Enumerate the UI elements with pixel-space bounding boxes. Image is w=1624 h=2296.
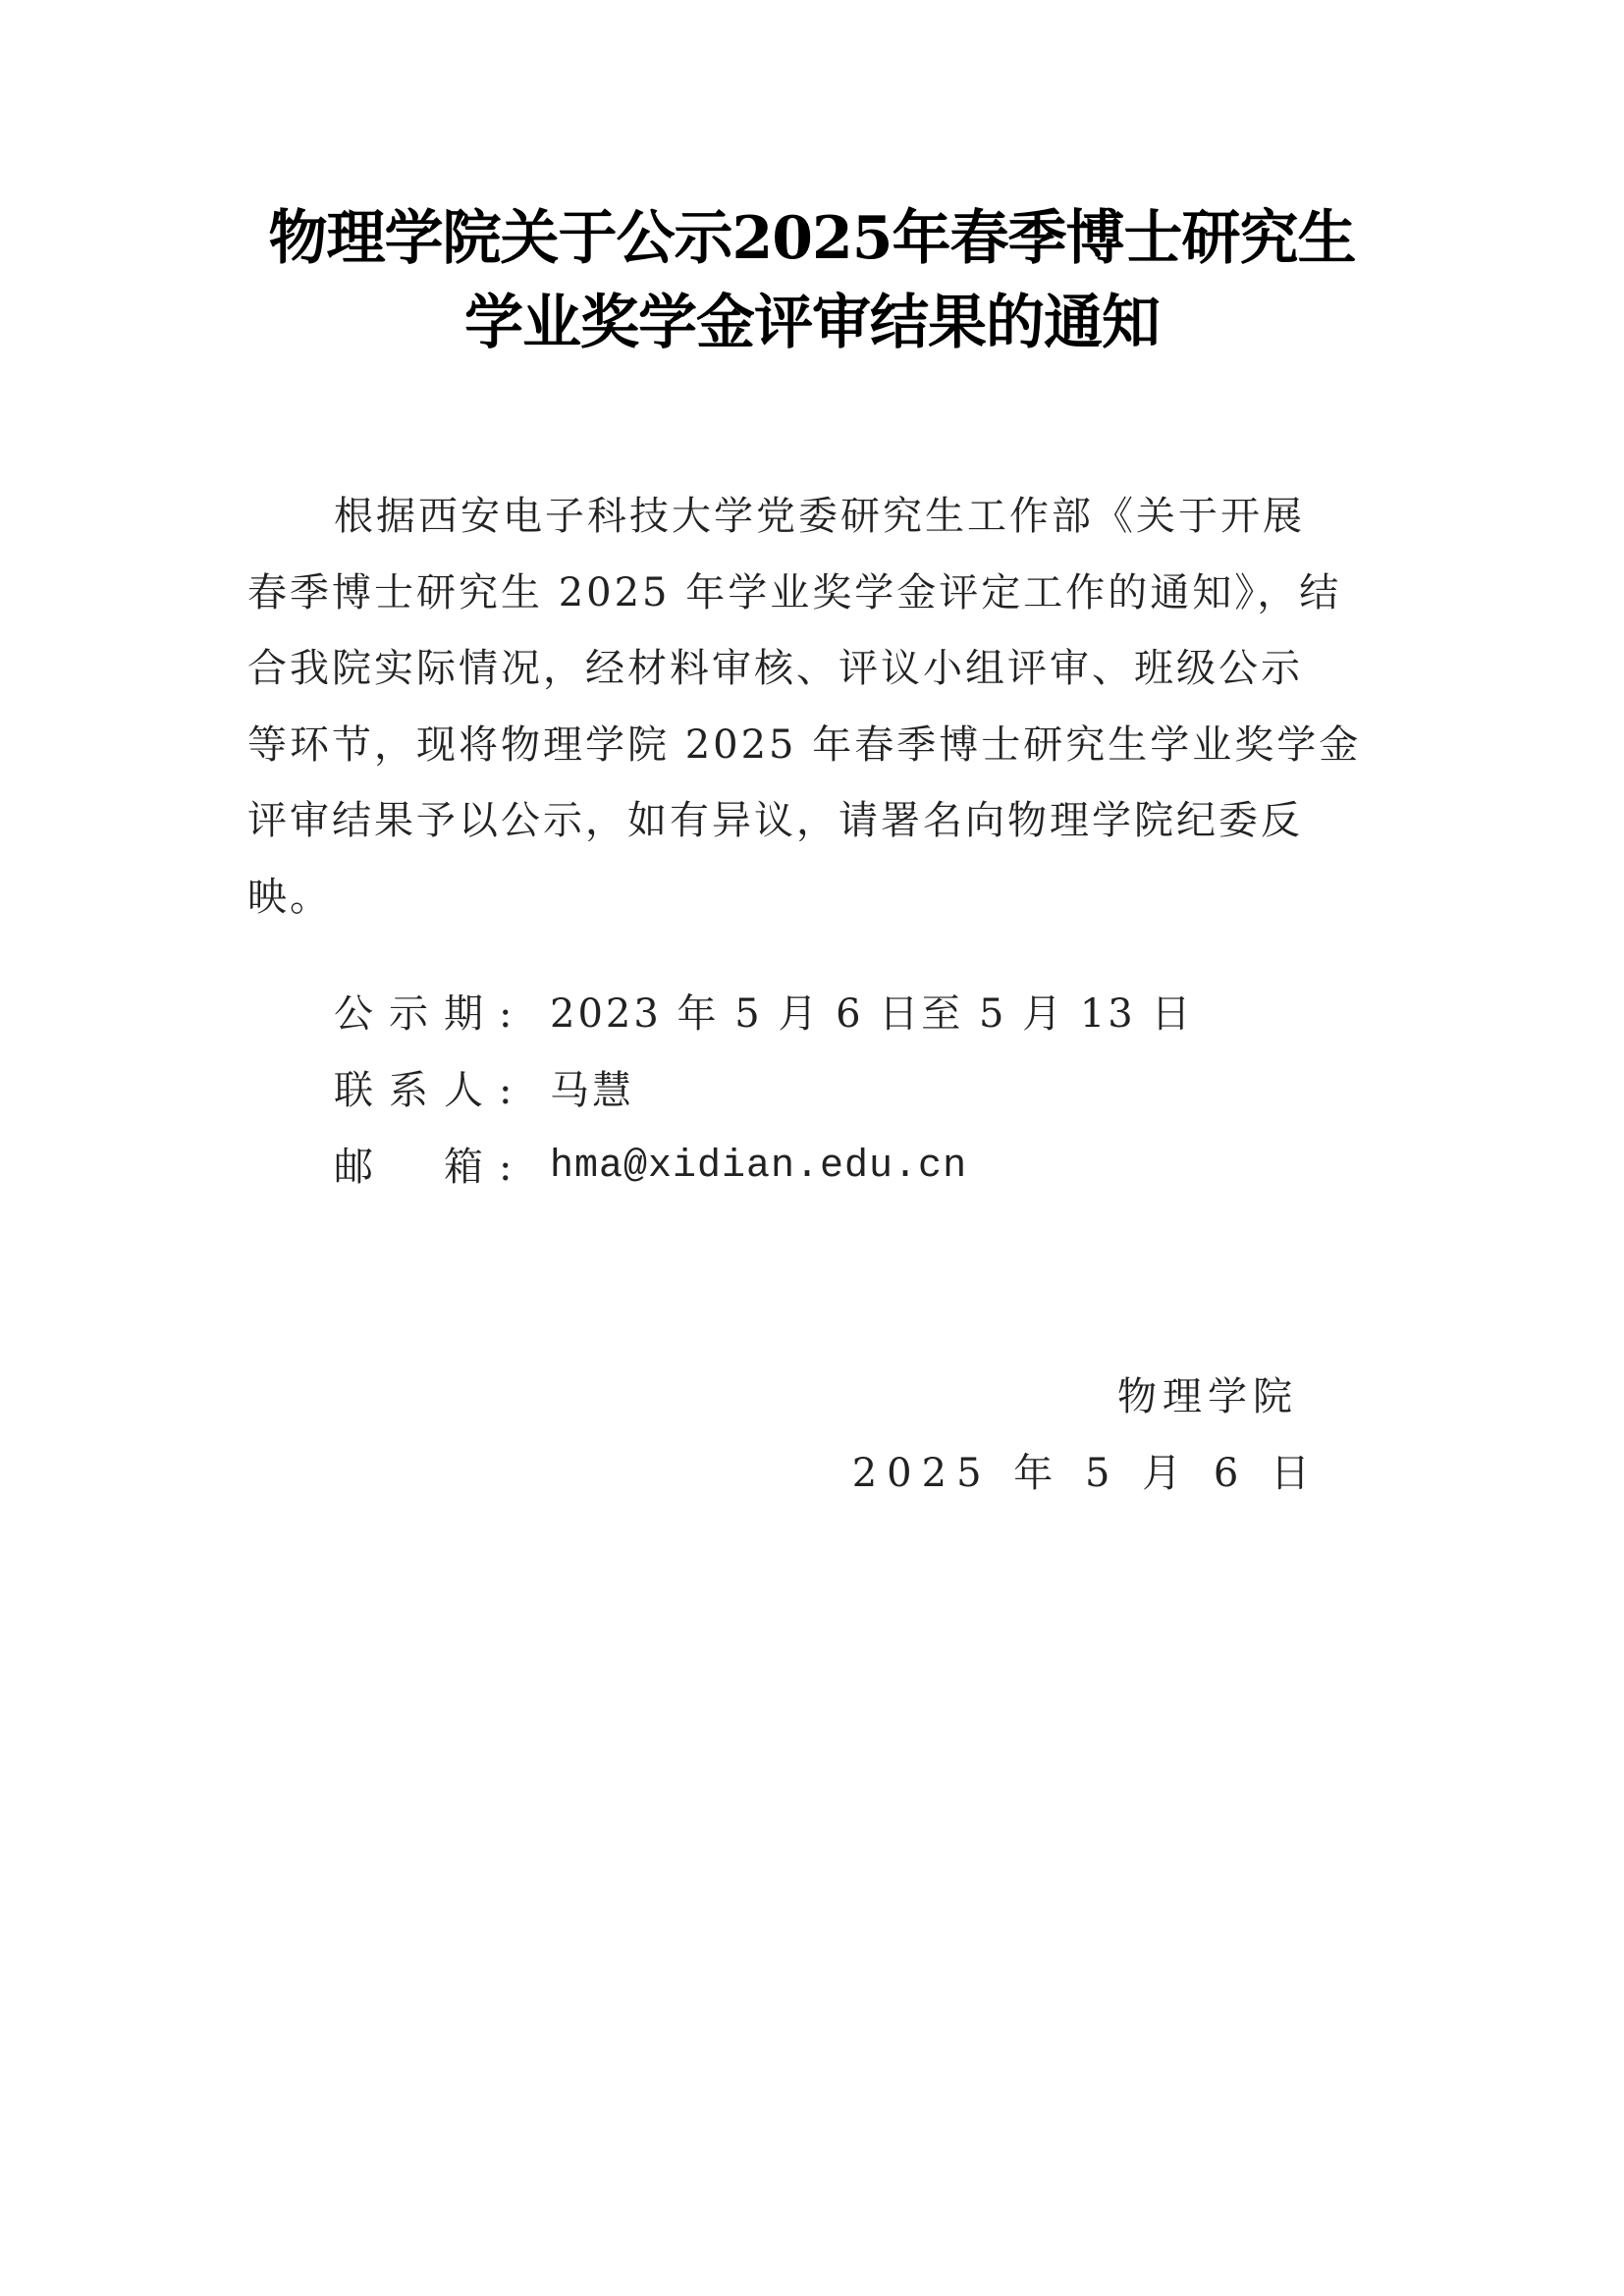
body-line: 根据西安电子科技大学党委研究生工作部《关于开展 — [247, 479, 1377, 556]
body-line: 合我院实际情况，经材料审核、评议小组评审、班级公示 — [247, 631, 1377, 708]
email-value: hma@xidian.edu.cn — [550, 1129, 967, 1205]
email-row: 邮 箱: hma@xidian.edu.cn — [334, 1129, 1193, 1205]
title-line-2: 学业奖学金评审结果的通知 — [0, 281, 1624, 365]
notice-info: 公示期: 2023 年 5 月 6 日至 5 月 13 日 联系人: 马慧 邮 … — [334, 976, 1193, 1205]
contact-label: 联系人: — [334, 1052, 550, 1129]
notice-body: 根据西安电子科技大学党委研究生工作部《关于开展 春季博士研究生 2025 年学业… — [247, 479, 1377, 935]
signature-org: 物理学院 — [852, 1359, 1320, 1435]
publicity-period-value: 2023 年 5 月 6 日至 5 月 13 日 — [550, 976, 1193, 1052]
contact-value: 马慧 — [550, 1052, 634, 1129]
body-line: 等环节，现将物理学院 2025 年春季博士研究生学业奖学金 — [247, 708, 1377, 784]
document-title: 物理学院关于公示2025年春季博士研究生 学业奖学金评审结果的通知 — [0, 196, 1624, 365]
contact-row: 联系人: 马慧 — [334, 1052, 1193, 1129]
publicity-period-label: 公示期: — [334, 976, 550, 1052]
email-label: 邮 箱: — [334, 1129, 550, 1205]
publicity-period-row: 公示期: 2023 年 5 月 6 日至 5 月 13 日 — [334, 976, 1193, 1052]
signature-date: 2025 年 5 月 6 日 — [852, 1435, 1320, 1512]
body-line: 评审结果予以公示，如有异议，请署名向物理学院纪委反 — [247, 783, 1377, 860]
signature-block: 物理学院 2025 年 5 月 6 日 — [852, 1359, 1320, 1512]
title-line-1: 物理学院关于公示2025年春季博士研究生 — [0, 196, 1624, 281]
body-line: 映。 — [247, 860, 1377, 936]
body-line: 春季博士研究生 2025 年学业奖学金评定工作的通知》，结 — [247, 556, 1377, 632]
document-page: 物理学院关于公示2025年春季博士研究生 学业奖学金评审结果的通知 根据西安电子… — [0, 0, 1624, 2296]
